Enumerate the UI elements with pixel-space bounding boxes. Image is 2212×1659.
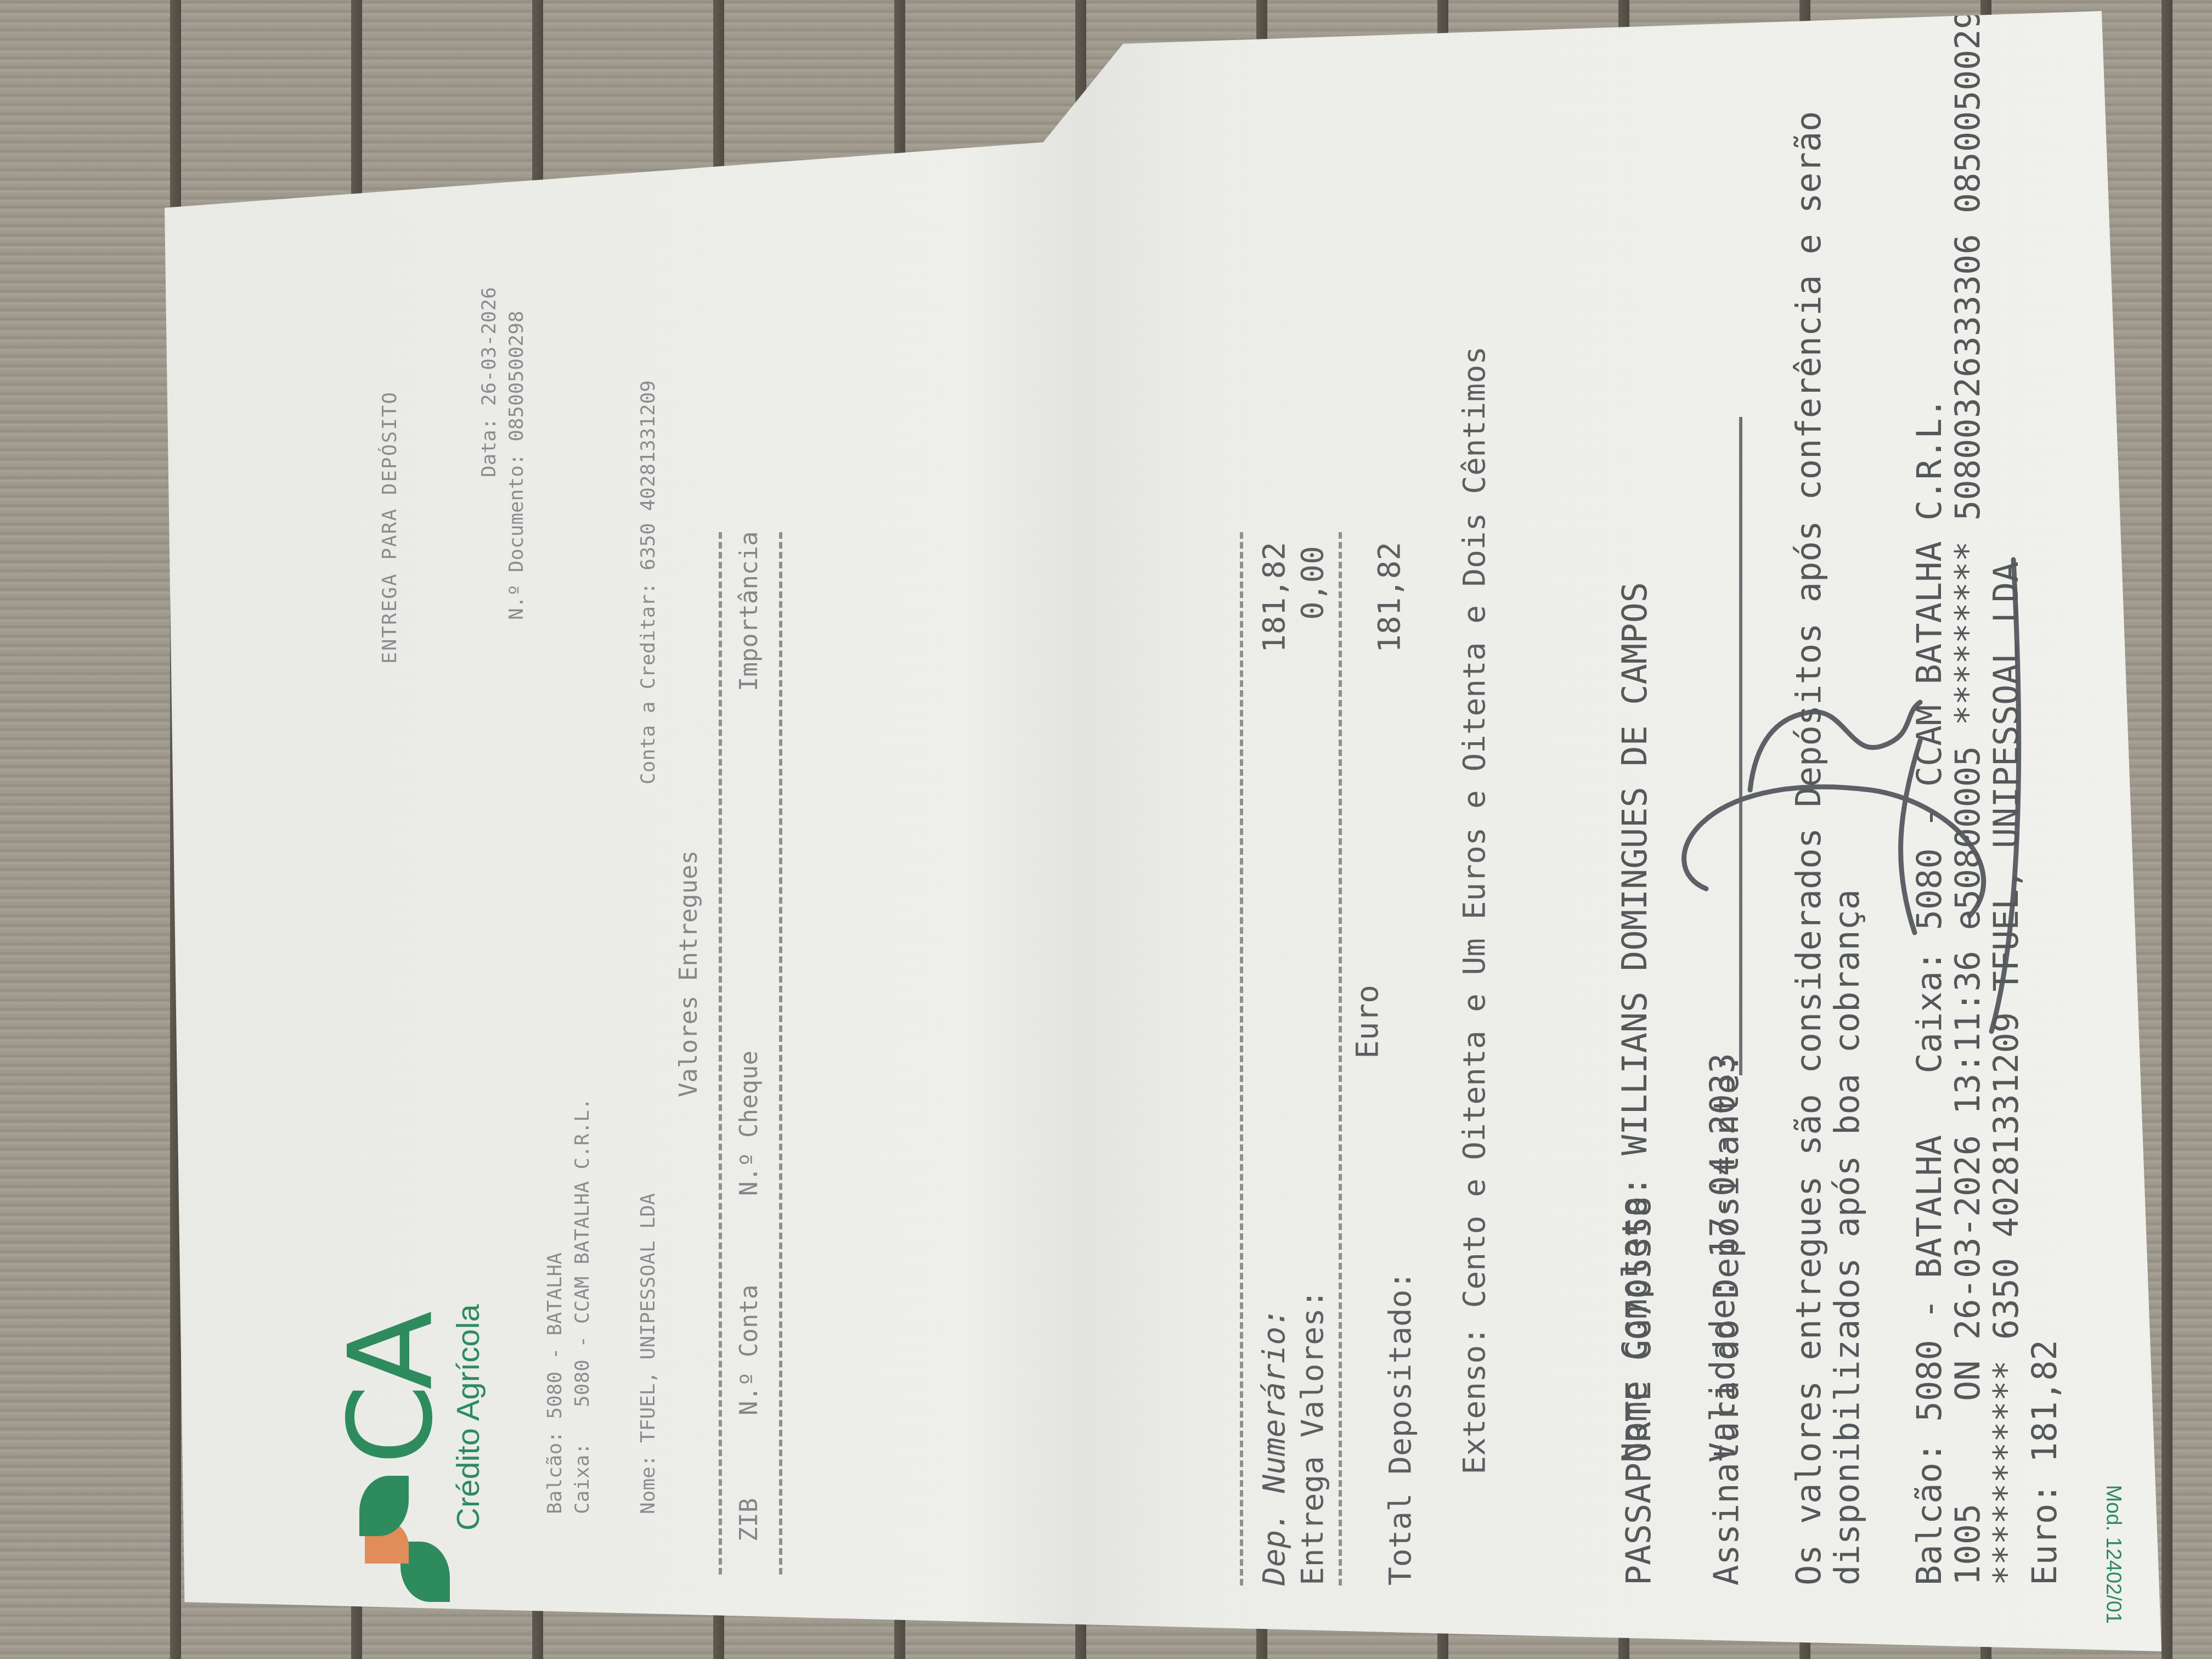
col-zib: ZIB bbox=[735, 1498, 763, 1542]
notice-line-1: Os valores entregues são considerados De… bbox=[1788, 111, 1829, 1585]
col-importancia: Importância bbox=[735, 532, 763, 691]
doc-number-row: N.º Documento: 08500500298 bbox=[483, 311, 550, 691]
id-document: PASSAPORTE GG705358 bbox=[1618, 1197, 1658, 1585]
valores-heading: Valores Entregues bbox=[675, 850, 703, 1097]
leaf-icon bbox=[359, 1476, 409, 1536]
dep-numerario-value: 181,82 bbox=[1256, 542, 1292, 653]
footer-line-2: 1005 ON 26-03-2026 13:11:36 e50800005 **… bbox=[1948, 0, 1988, 1585]
entrega-valores-label: Entrega Valores: bbox=[1295, 1290, 1330, 1585]
notice-line-2: disponibilizados após boa cobrança bbox=[1827, 889, 1867, 1585]
nome-value: TFUEL, UNIPESSOAL LDA bbox=[637, 1193, 659, 1443]
caixa-row: Caixa: 5080 - CCAM BATALHA C.R.L. bbox=[549, 1098, 616, 1585]
divider bbox=[1240, 532, 1243, 1585]
deposit-slip: CA Crédito Agrícola ENTREGA PARA DEPÓSIT… bbox=[318, 208, 2212, 1635]
full-name-value: WILLIANS DOMINGUES DE CAMPOS bbox=[1615, 582, 1655, 1155]
logo-text: CA bbox=[324, 1317, 458, 1465]
caixa-value: 5080 - CCAM BATALHA C.R.L. bbox=[571, 1098, 594, 1407]
entrega-valores-value: 0,00 bbox=[1295, 546, 1330, 620]
deposit-slip-paper: CA Crédito Agrícola ENTREGA PARA DEPÓSIT… bbox=[165, 11, 2162, 1651]
total-label: Total Depositado: bbox=[1383, 1271, 1418, 1585]
doc-number-value: 08500500298 bbox=[505, 311, 528, 441]
nome-row: Nome: TFUEL, UNIPESSOAL LDA bbox=[614, 1193, 682, 1585]
doc-number-label: N.º Documento: bbox=[505, 454, 528, 620]
conta-row: Conta a Creditar: 6350 40281331209 bbox=[614, 380, 682, 856]
extenso-label: Extenso: bbox=[1457, 1327, 1492, 1475]
signature-label: Assinatura do Depositante: bbox=[1706, 1053, 1746, 1585]
document-title: ENTREGA PARA DEPÓSITO bbox=[379, 391, 401, 664]
currency-label: Euro bbox=[1350, 985, 1385, 1059]
total-value: 181,82 bbox=[1372, 542, 1407, 653]
footer-line-4: Euro: 181,82 bbox=[2024, 1340, 2064, 1585]
col-conta: N.º Conta bbox=[735, 1285, 763, 1415]
brand-name: Crédito Agrícola bbox=[450, 1304, 487, 1531]
extenso-row: Extenso: Cento e Oitenta e Um Euros e Oi… bbox=[1421, 346, 1528, 1585]
dep-numerario-label: Dep. Numerário: bbox=[1256, 1308, 1292, 1585]
col-cheque: N.º Cheque bbox=[735, 1051, 763, 1196]
divider bbox=[779, 532, 782, 1575]
divider bbox=[1339, 532, 1342, 1585]
conta-label: Conta a Creditar: bbox=[637, 582, 659, 784]
nome-label: Nome: bbox=[637, 1455, 659, 1514]
footer-line-1: Balcão: 5080 - BATALHA Caixa: 5080 - CCA… bbox=[1909, 398, 1949, 1585]
credito-agricola-logo: CA Crédito Agrícola bbox=[340, 1108, 483, 1602]
extenso-value: Cento e Oitenta e Um Euros e Oitenta e D… bbox=[1457, 346, 1492, 1308]
footer-line-3: *********** 6350 40281331209 TFUEL, UNIP… bbox=[1986, 562, 2026, 1585]
divider bbox=[719, 532, 722, 1575]
conta-value: 6350 40281331209 bbox=[637, 380, 659, 571]
caixa-label: Caixa: bbox=[571, 1443, 594, 1514]
model-code: Mod. 12402/01 bbox=[2101, 1485, 2125, 1624]
